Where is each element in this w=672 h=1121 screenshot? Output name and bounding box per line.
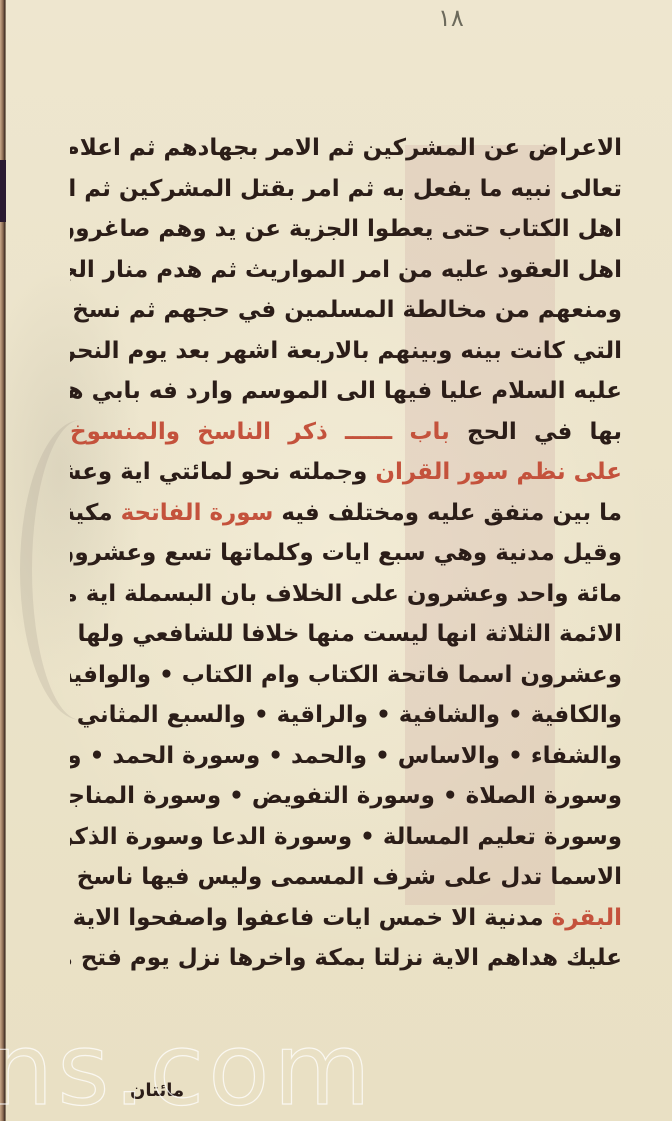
body-text: اهل الكتاب حتى يعطوا الجزية عن يد وهم صا… [70,216,622,242]
rubric-text: باب ــــــ ذكر الناسخ والمنسوخ [70,419,450,445]
text-line: الائمة الثلاثة انها ليست منها خلافا للشا… [70,614,622,655]
text-line: مائة واحد وعشرون على الخلاف بان البسملة … [70,574,622,615]
binding-thread [0,160,6,222]
body-text: بها في الحج [450,419,622,445]
rubric-text: على نظم سور القران [375,459,622,485]
rubric-text: البقرة [552,905,622,931]
text-line: ما بين متفق عليه ومختلف فيه سورة الفاتحة… [70,493,622,534]
text-line: الاسما تدل على شرف المسمى وليس فيها ناسخ… [70,857,622,898]
text-line: عليه السلام عليا فيها الى الموسم وارد فه… [70,371,622,412]
text-line: تعالى نبيه ما يفعل به ثم امر بقتل المشرك… [70,169,622,210]
body-text: وجملته نحو لمائتي اية وعشرين اية [70,459,375,485]
body-text: مكية [70,500,121,526]
text-line: اهل الكتاب حتى يعطوا الجزية عن يد وهم صا… [70,209,622,250]
text-line: وعشرون اسما فاتحة الكتاب وام الكتاب • وا… [70,655,622,696]
body-text: عليه السلام عليا فيها الى الموسم وارد فه… [70,378,622,404]
body-text: تعالى نبيه ما يفعل به ثم امر بقتل المشرك… [70,176,622,202]
body-text: الاسما تدل على شرف المسمى وليس فيها ناسخ… [70,864,622,890]
text-line: والشفاء • والاساس • والحمد • وسورة الحمد… [70,736,622,777]
text-line: ومنعهم من مخالطة المسلمين في حجهم ثم نسخ… [70,290,622,331]
text-line: عليك هداهم الاية نزلتا بمكة واخرها نزل ي… [70,938,622,979]
body-text: ومنعهم من مخالطة المسلمين في حجهم ثم نسخ… [70,297,622,323]
body-text: التي كانت بينه وبينهم بالاربعة اشهر بعد … [70,338,622,364]
body-text: وسورة تعليم المسالة • وسورة الدعا وسورة … [70,824,622,850]
manuscript-page: ١٨ الاعراض عن المشركين ثم الامر بجهادهم … [0,0,672,1121]
body-text: اهل العقود عليه من امر المواريث ثم هدم م… [70,257,622,283]
text-line: بها في الحج باب ــــــ ذكر الناسخ والمنس… [70,412,622,453]
body-text: والكافية • والشافية • والراقية • والسبع … [70,702,622,728]
rubric-text: سورة الفاتحة [121,500,274,526]
body-text: ما بين متفق عليه ومختلف فيه [273,500,622,526]
body-text: مدنية الا خمس ايات فاعفوا واصفحوا الاية … [70,905,552,931]
folio-number: ١٨ [438,4,464,32]
body-text: وسورة الصلاة • وسورة التفويض • وسورة الم… [70,783,622,809]
body-text: وعشرون اسما فاتحة الكتاب وام الكتاب • وا… [70,662,622,688]
text-line: التي كانت بينه وبينهم بالاربعة اشهر بعد … [70,331,622,372]
body-text: عليك هداهم الاية نزلتا بمكة واخرها نزل ي… [70,945,622,971]
text-line: وسورة الصلاة • وسورة التفويض • وسورة الم… [70,776,622,817]
body-text: والشفاء • والاساس • والحمد • وسورة الحمد… [70,743,622,769]
manuscript-text-block: الاعراض عن المشركين ثم الامر بجهادهم ثم … [70,128,622,979]
text-line: وقيل مدنية وهي سبع ايات وكلماتها تسع وعش… [70,533,622,574]
watermark-text: ns.com [0,1020,375,1120]
text-line: على نظم سور القران وجملته نحو لمائتي اية… [70,452,622,493]
body-text: وقيل مدنية وهي سبع ايات وكلماتها تسع وعش… [70,540,622,566]
text-line: اهل العقود عليه من امر المواريث ثم هدم م… [70,250,622,291]
text-line: الاعراض عن المشركين ثم الامر بجهادهم ثم … [70,128,622,169]
body-text: الاعراض عن المشركين ثم الامر بجهادهم ثم … [70,135,622,161]
text-line: والكافية • والشافية • والراقية • والسبع … [70,695,622,736]
body-text: مائة واحد وعشرون على الخلاف بان البسملة … [70,581,622,607]
text-line: وسورة تعليم المسالة • وسورة الدعا وسورة … [70,817,622,858]
body-text: الائمة الثلاثة انها ليست منها خلافا للشا… [70,621,622,647]
text-line: البقرة مدنية الا خمس ايات فاعفوا واصفحوا… [70,898,622,939]
